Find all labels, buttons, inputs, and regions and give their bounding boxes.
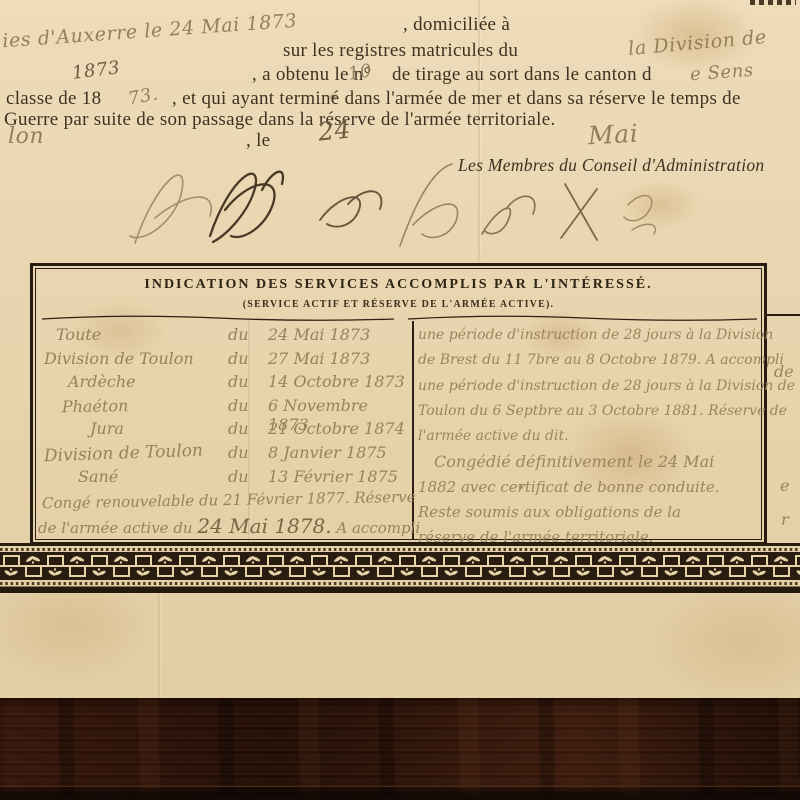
unit-name: Division de Toulon	[44, 440, 229, 470]
conge-line-2-prefix: de l'armée active du	[38, 519, 193, 537]
prep: du	[228, 467, 268, 491]
observation-line: l'armée active du dit.	[418, 424, 762, 449]
handwriting-division-de: la Division de	[627, 26, 767, 60]
paper-crease	[158, 592, 161, 698]
service-date: 21 Octobre 1874	[268, 419, 406, 443]
service-row: Sané du 13 Février 1875	[44, 467, 406, 491]
observation-line: 1882 avec certificat de bonne conduite.	[418, 475, 762, 500]
cutoff-handwriting-fragment: e	[780, 476, 789, 495]
observation-line: Congédié définitivement le 24 Mai	[418, 449, 762, 474]
service-row: Division de Toulon du 27 Mai 1873	[44, 349, 406, 373]
unit-name: Phaéton	[44, 394, 229, 435]
service-row: Ardèche du 14 Octobre 1873	[44, 372, 406, 396]
observation-line: Reste soumis aux obligations de la	[418, 500, 762, 525]
line-termine: , et qui ayant terminé dans l'armée de m…	[172, 88, 741, 110]
service-date: 27 Mai 1873	[268, 349, 406, 373]
header-rule-ornament	[38, 313, 761, 323]
service-row: Division de Toulon du 8 Janvier 1875	[44, 443, 406, 467]
handwriting-classe-annee: 73.	[126, 83, 160, 109]
handwriting-lieu: lon	[8, 124, 44, 149]
unit-name: Sané	[44, 467, 228, 491]
observations-column: une période d'instruction de 28 jours à …	[418, 323, 762, 551]
service-date: 13 Février 1875	[268, 467, 406, 491]
prep: du	[228, 372, 268, 396]
line-classe: classe de 18	[6, 88, 101, 110]
service-entries: Toute du 24 Mai 1873 Division de Toulon …	[44, 325, 406, 490]
conge-line-1: Congé renouvelable du 21 Février 1877. R…	[42, 488, 416, 513]
prep: du	[228, 443, 268, 467]
services-table-inner-border: INDICATION DES SERVICES ACCOMPLIS PAR L'…	[35, 268, 762, 540]
line-registres: sur les registres matricules du	[283, 40, 518, 62]
meander-border-ornament	[0, 543, 800, 593]
line-tirage: de tirage au sort dans le canton d	[392, 64, 652, 86]
wooden-frame	[0, 698, 800, 800]
cutoff-text-fragment	[750, 0, 796, 5]
line-domiciliee: , domiciliée à	[403, 14, 510, 36]
service-date: 8 Janvier 1875	[268, 443, 406, 467]
unit-name: Division de Toulon	[44, 349, 228, 373]
handwriting-jour: 24	[317, 114, 353, 146]
service-row: Phaéton du 6 Novembre 1873	[44, 396, 406, 420]
cutoff-handwriting-fragment: r	[781, 510, 789, 529]
right-margin-rule	[764, 314, 800, 316]
observation-line: Toulon du 6 Septbre au 3 Octobre 1881. R…	[418, 399, 762, 424]
wood-grain	[0, 698, 800, 800]
conge-line-2: de l'armée active du 24 Mai 1878. A acco…	[38, 514, 420, 538]
service-date: 14 Octobre 1873	[268, 372, 406, 396]
observation-line: une période d'instruction de 28 jours à …	[418, 323, 762, 348]
conge-line-2-suffix: A accompli	[336, 519, 420, 537]
observation-line: une période d'instruction de 28 jours à …	[418, 374, 762, 399]
handwriting-canton-sens: e Sens	[689, 60, 754, 85]
prep: du	[228, 419, 268, 443]
framed-military-document-photo: , domiciliée à sur les registres matricu…	[0, 0, 800, 800]
handwriting-numero-tirage: 10	[347, 60, 374, 85]
service-row: Toute du 24 Mai 1873	[44, 325, 406, 349]
services-table: INDICATION DES SERVICES ACCOMPLIS PAR L'…	[30, 263, 767, 545]
line-guerre: Guerre par suite de son passage dans la …	[4, 109, 556, 131]
service-date: 24 Mai 1873	[268, 325, 406, 349]
document-paper: , domiciliée à sur les registres matricu…	[0, 0, 800, 698]
frame-bottom-edge	[0, 786, 800, 800]
cutoff-handwriting-fragment: de	[774, 362, 794, 381]
observation-line: de Brest du 11 7bre au 8 Octobre 1879. A…	[418, 348, 762, 373]
council-signatures	[110, 148, 710, 266]
handwriting-auxerre-date: ies d'Auxerre le 24 Mai 1873	[2, 10, 298, 53]
conge-line-2-date: 24 Mai 1878.	[197, 514, 331, 538]
table-title: INDICATION DES SERVICES ACCOMPLIS PAR L'…	[36, 277, 761, 293]
handwriting-mois: Mai	[587, 119, 639, 151]
unit-name: Ardèche	[44, 372, 228, 396]
prep: du	[228, 325, 268, 349]
column-divider	[412, 321, 414, 539]
prep: du	[228, 349, 268, 373]
handwriting-annee-1873: 1873	[71, 57, 121, 84]
table-subtitle: (SERVICE ACTIF ET RÉSERVE DE L'ARMÉE ACT…	[36, 299, 761, 310]
unit-name: Toute	[44, 325, 228, 349]
